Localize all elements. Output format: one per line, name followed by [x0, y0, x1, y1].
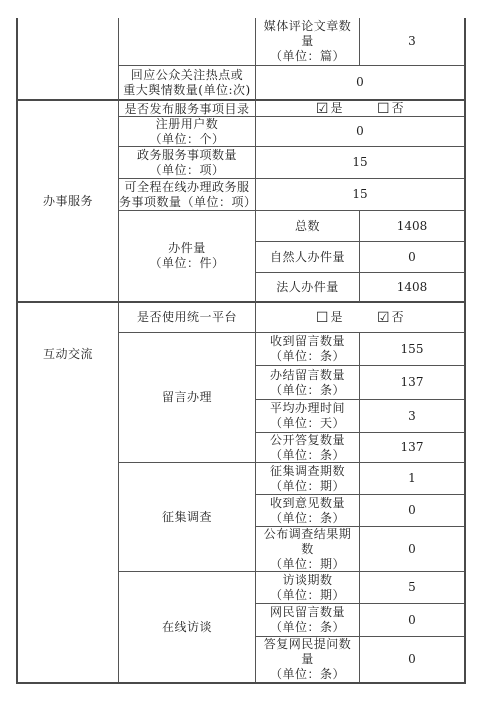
row-value-registered-users: 0 — [256, 117, 464, 147]
row-value-netizen-messages: 0 — [360, 604, 464, 637]
row-label-case-total: 总数 — [256, 211, 360, 242]
checkbox-no[interactable]: ☐否 — [377, 101, 404, 116]
row-label-publish-catalog: 是否发布服务事项目录 — [119, 101, 256, 117]
group-cell-empty — [119, 18, 256, 66]
row-label-case-legal: 法人办件量 — [256, 273, 360, 303]
row-label-opinions-received: 收到意见数量 （单位：条） — [256, 495, 360, 527]
checkbox-yes[interactable]: ☐是 — [316, 310, 343, 325]
row-value-case-natural: 0 — [360, 242, 464, 273]
checkbox-no[interactable]: ☑否 — [377, 310, 404, 325]
row-label-online-items: 可全程在线办理政务服 务事项数量（单位：项） — [119, 179, 256, 211]
category-cell-empty — [18, 18, 119, 101]
section-label-interaction: 互动交流 — [18, 303, 119, 682]
row-value-service-items: 15 — [256, 147, 464, 179]
checkbox-yes[interactable]: ☑是 — [316, 101, 343, 116]
group-label-case-volume: 办件量 （单位：件） — [119, 211, 256, 303]
row-label-messages-received: 收到留言数量 （单位：条） — [256, 333, 360, 366]
row-value-messages-received: 155 — [360, 333, 464, 366]
row-value-survey-periods: 1 — [360, 463, 464, 495]
group-label-surveys: 征集调查 — [119, 463, 256, 572]
checkbox-checked-icon: ☑ — [377, 311, 390, 325]
row-value-hot-response: 0 — [256, 66, 464, 101]
row-value-opinions-received: 0 — [360, 495, 464, 527]
row-value-questions-answered: 0 — [360, 637, 464, 682]
row-label-survey-periods: 征集调查期数 （单位：期） — [256, 463, 360, 495]
checkbox-checked-icon: ☑ — [316, 102, 329, 116]
unified-platform-checkboxes: ☐是 ☑否 — [256, 303, 464, 333]
row-value-public-replies: 137 — [360, 433, 464, 463]
row-label-results-published: 公布调查结果期 数 （单位：期） — [256, 527, 360, 572]
checkbox-unchecked-icon: ☐ — [316, 311, 329, 325]
row-value-media-comment-count: 3 — [360, 18, 464, 66]
row-value-messages-resolved: 137 — [360, 366, 464, 400]
row-label-case-natural: 自然人办件量 — [256, 242, 360, 273]
row-label-public-replies: 公开答复数量 （单位：条） — [256, 433, 360, 463]
row-label-media-comment-count: 媒体评论文章数 量 （单位：篇） — [256, 18, 360, 66]
row-label-questions-answered: 答复网民提问数 量 （单位：条） — [256, 637, 360, 682]
row-label-messages-resolved: 办结留言数量 （单位：条） — [256, 366, 360, 400]
checkbox-unchecked-icon: ☐ — [377, 102, 390, 116]
checkbox-no-label: 否 — [392, 101, 405, 116]
row-label-netizen-messages: 网民留言数量 （单位：条） — [256, 604, 360, 637]
group-label-messages: 留言办理 — [119, 333, 256, 463]
checkbox-yes-label: 是 — [330, 101, 343, 116]
publish-catalog-checkboxes: ☑是 ☐否 — [256, 101, 464, 117]
row-label-unified-platform: 是否使用统一平台 — [119, 303, 256, 333]
row-value-interview-periods: 5 — [360, 572, 464, 604]
row-value-case-legal: 1408 — [360, 273, 464, 303]
checkbox-no-label: 否 — [392, 310, 405, 325]
row-value-online-items: 15 — [256, 179, 464, 211]
report-table: 媒体评论文章数 量 （单位：篇） 3 回应公众关注热点或 重大舆情数量(单位:次… — [16, 18, 466, 684]
group-label-interviews: 在线访谈 — [119, 572, 256, 682]
row-label-service-items: 政务服务事项数量 （单位：项） — [119, 147, 256, 179]
row-label-avg-handle-time: 平均办理时间 （单位：天） — [256, 400, 360, 433]
row-value-results-published: 0 — [360, 527, 464, 572]
row-label-registered-users: 注册用户数 （单位：个） — [119, 117, 256, 147]
checkbox-yes-label: 是 — [330, 310, 343, 325]
row-value-case-total: 1408 — [360, 211, 464, 242]
row-value-avg-handle-time: 3 — [360, 400, 464, 433]
row-label-interview-periods: 访谈期数 （单位：期） — [256, 572, 360, 604]
row-label-hot-response: 回应公众关注热点或 重大舆情数量(单位:次) — [119, 66, 256, 101]
section-label-service: 办事服务 — [18, 101, 119, 303]
